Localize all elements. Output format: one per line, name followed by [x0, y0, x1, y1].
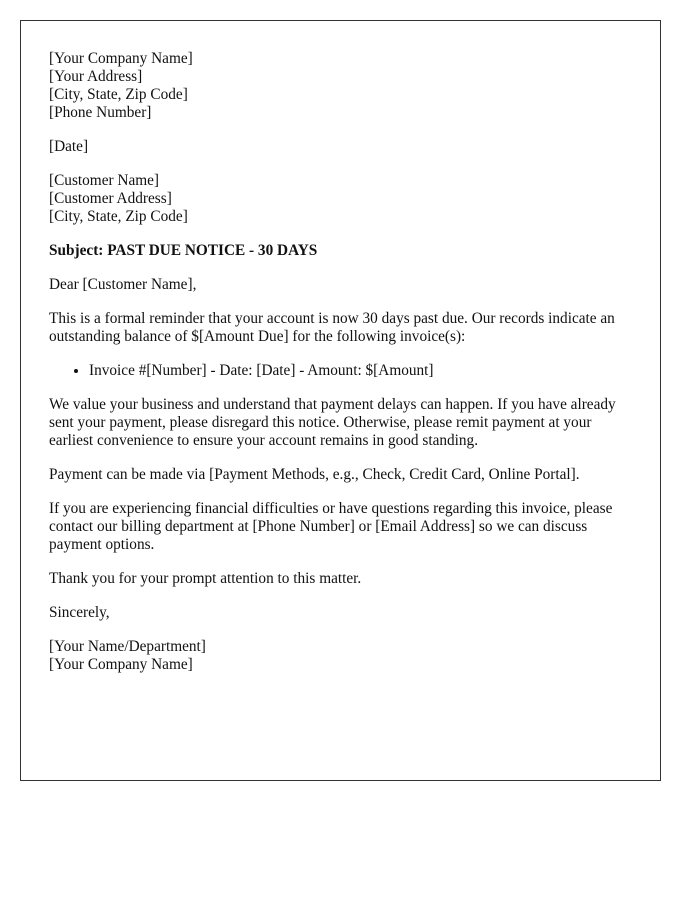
signature-block: [Your Name/Department] [Your Company Nam… [49, 638, 632, 674]
sender-company: [Your Company Name] [49, 50, 632, 68]
invoice-list: Invoice #[Number] - Date: [Date] - Amoun… [49, 362, 632, 380]
recipient-address: [Customer Address] [49, 190, 632, 208]
sender-address: [Your Address] [49, 68, 632, 86]
recipient-block: [Customer Name] [Customer Address] [City… [49, 172, 632, 226]
recipient-name: [Customer Name] [49, 172, 632, 190]
paragraph-contact: If you are experiencing financial diffic… [49, 500, 632, 554]
letter-date: [Date] [49, 138, 632, 156]
paragraph-intro: This is a formal reminder that your acco… [49, 310, 632, 346]
recipient-city-state-zip: [City, State, Zip Code] [49, 208, 632, 226]
subject-line: Subject: PAST DUE NOTICE - 30 DAYS [49, 242, 632, 260]
paragraph-value: We value your business and understand th… [49, 396, 632, 450]
sender-phone: [Phone Number] [49, 104, 632, 122]
paragraph-thanks: Thank you for your prompt attention to t… [49, 570, 632, 588]
salutation: Dear [Customer Name], [49, 276, 632, 294]
signature-company: [Your Company Name] [49, 656, 632, 674]
letter-page: [Your Company Name] [Your Address] [City… [20, 20, 661, 781]
paragraph-payment-methods: Payment can be made via [Payment Methods… [49, 466, 632, 484]
sender-block: [Your Company Name] [Your Address] [City… [49, 50, 632, 122]
closing: Sincerely, [49, 604, 632, 622]
signature-name: [Your Name/Department] [49, 638, 632, 656]
sender-city-state-zip: [City, State, Zip Code] [49, 86, 632, 104]
invoice-item: Invoice #[Number] - Date: [Date] - Amoun… [89, 362, 632, 380]
